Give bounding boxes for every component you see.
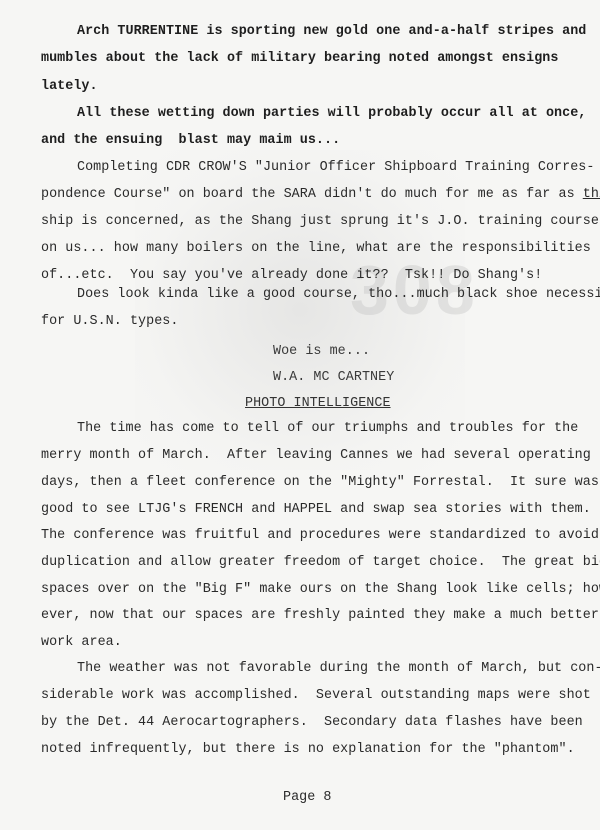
text-line: siderable work was accomplished. Several… bbox=[41, 688, 591, 704]
text-line: of...etc. You say you've already done it… bbox=[41, 268, 542, 284]
signature-closing: Woe is me... bbox=[273, 344, 370, 360]
text-line: Completing CDR CROW'S "Junior Officer Sh… bbox=[77, 160, 594, 176]
text-segment: pondence Course" on board the SARA didn'… bbox=[41, 187, 583, 202]
text-line: pondence Course" on board the SARA didn'… bbox=[41, 187, 600, 203]
text-line: duplication and allow greater freedom of… bbox=[41, 555, 600, 571]
text-line: The conference was fruitful and procedur… bbox=[41, 528, 599, 544]
text-line: noted infrequently, but there is no expl… bbox=[41, 742, 575, 758]
text-line: All these wetting down parties will prob… bbox=[77, 106, 586, 122]
underlined-word: this bbox=[583, 187, 600, 202]
text-line: good to see LTJG's FRENCH and HAPPEL and… bbox=[41, 502, 591, 518]
text-line: and the ensuing blast may maim us... bbox=[41, 133, 340, 149]
text-line: by the Det. 44 Aerocartographers. Second… bbox=[41, 715, 583, 731]
text-line: for U.S.N. types. bbox=[41, 314, 178, 330]
typewritten-page: Arch TURRENTINE is sporting new gold one… bbox=[0, 0, 600, 830]
text-line: mumbles about the lack of military beari… bbox=[41, 51, 558, 67]
text-line: spaces over on the "Big F" make ours on … bbox=[41, 582, 600, 598]
section-heading: PHOTO INTELLIGENCE bbox=[245, 396, 391, 412]
text-line: merry month of March. After leaving Cann… bbox=[41, 448, 591, 464]
text-line: ship is concerned, as the Shang just spr… bbox=[41, 214, 599, 230]
text-line: lately. bbox=[41, 79, 98, 95]
text-line: days, then a fleet conference on the "Mi… bbox=[41, 475, 599, 491]
text-line: on us... how many boilers on the line, w… bbox=[41, 241, 591, 257]
page-number: Page 8 bbox=[283, 790, 332, 806]
text-line: The time has come to tell of our triumph… bbox=[77, 421, 578, 437]
text-line: Does look kinda like a good course, tho.… bbox=[77, 287, 600, 303]
signature-name: W.A. MC CARTNEY bbox=[273, 370, 394, 386]
text-line: The weather was not favorable during the… bbox=[77, 661, 600, 677]
text-line: Arch TURRENTINE is sporting new gold one… bbox=[77, 24, 586, 40]
text-line: work area. bbox=[41, 635, 122, 651]
text-line: ever, now that our spaces are freshly pa… bbox=[41, 608, 599, 624]
